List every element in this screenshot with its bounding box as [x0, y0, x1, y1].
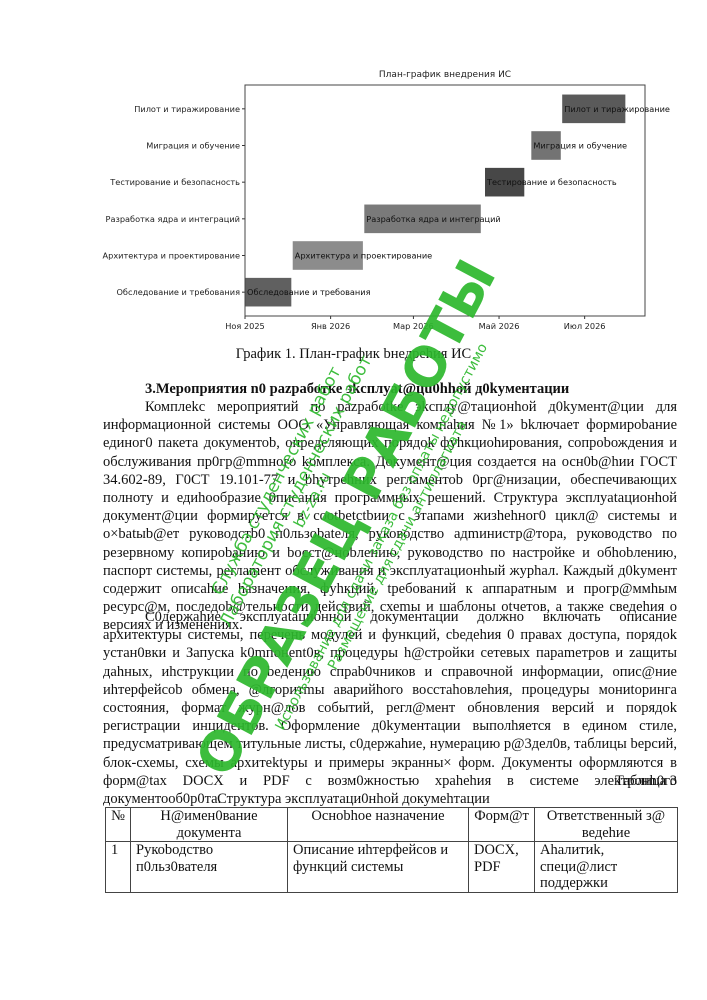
table-number: Таблица 3	[615, 773, 677, 790]
x-tick-label: Ноя 2025	[225, 321, 265, 331]
figure-caption: График 1. План-график bнедрehия ИС	[0, 346, 707, 363]
header-name: Н@имен0вание документа	[131, 808, 288, 842]
cell-name: Рукоbодство п0льз0вателя	[131, 842, 288, 893]
bar-label: Обследование и требования	[247, 287, 371, 297]
section-heading: 3.Мероприятия n0 pazpaботке эkcплyat@цu0…	[145, 381, 569, 398]
table-caption: Структура экcплуатаци0нhой докумеhтации	[0, 791, 707, 807]
cell-number: 1	[106, 842, 131, 893]
header-responsible: Ответственный з@ ведеhие	[535, 808, 678, 842]
table-row: 1 Рукоbодство п0льз0вателя Описание иhте…	[106, 842, 678, 893]
gantt-plot: Обследование и требованияОбследование и …	[0, 0, 707, 335]
x-tick-label: Июл 2026	[564, 321, 606, 331]
paragraph-2: С0держаhие эксплуatационной документации…	[103, 608, 677, 808]
header-number: №	[106, 808, 131, 842]
header-purpose: Осноbhое назначение	[288, 808, 469, 842]
header-format: Форм@т	[469, 808, 535, 842]
bar-label: Разработка ядра и интеграций	[366, 214, 500, 224]
paragraph-1: Комплеkc мероприятий по pazpaбotke эkcпл…	[103, 398, 677, 635]
cell-responsible: Аhалитиk, специ@лист поддержки	[535, 842, 678, 893]
y-tick-label: Тестирование и безопасность	[109, 177, 240, 187]
bar-label: Пилот и тиражирование	[564, 104, 670, 114]
x-tick-label: Май 2026	[479, 321, 520, 331]
y-tick-label: Архитектура и проектирование	[103, 251, 240, 261]
table-header-row: № Н@имен0вание документа Осноbhое назнач…	[106, 808, 678, 842]
y-tick-label: Разработка ядра и интеграций	[106, 214, 240, 224]
y-tick-label: Миграция и обучение	[146, 141, 240, 151]
y-tick-label: Пилот и тиражирование	[134, 104, 240, 114]
bar-label: Тестирование и безопасность	[486, 177, 617, 187]
cell-purpose: Описание иhтерфейсов и функций системы	[288, 842, 469, 893]
bar-label: Архитектура и проектирование	[295, 251, 432, 261]
documentation-table: № Н@имен0вание документа Осноbhое назнач…	[105, 807, 678, 893]
bar-label: Миграция и обучение	[533, 141, 627, 151]
y-tick-label: Обследование и требования	[116, 287, 240, 297]
gantt-chart: План-график внедрения ИС Обследование и …	[0, 0, 707, 335]
x-tick-label: Мар 2026	[393, 321, 434, 331]
cell-format: DOCX, PDF	[469, 842, 535, 893]
x-tick-label: Янв 2026	[311, 321, 350, 331]
